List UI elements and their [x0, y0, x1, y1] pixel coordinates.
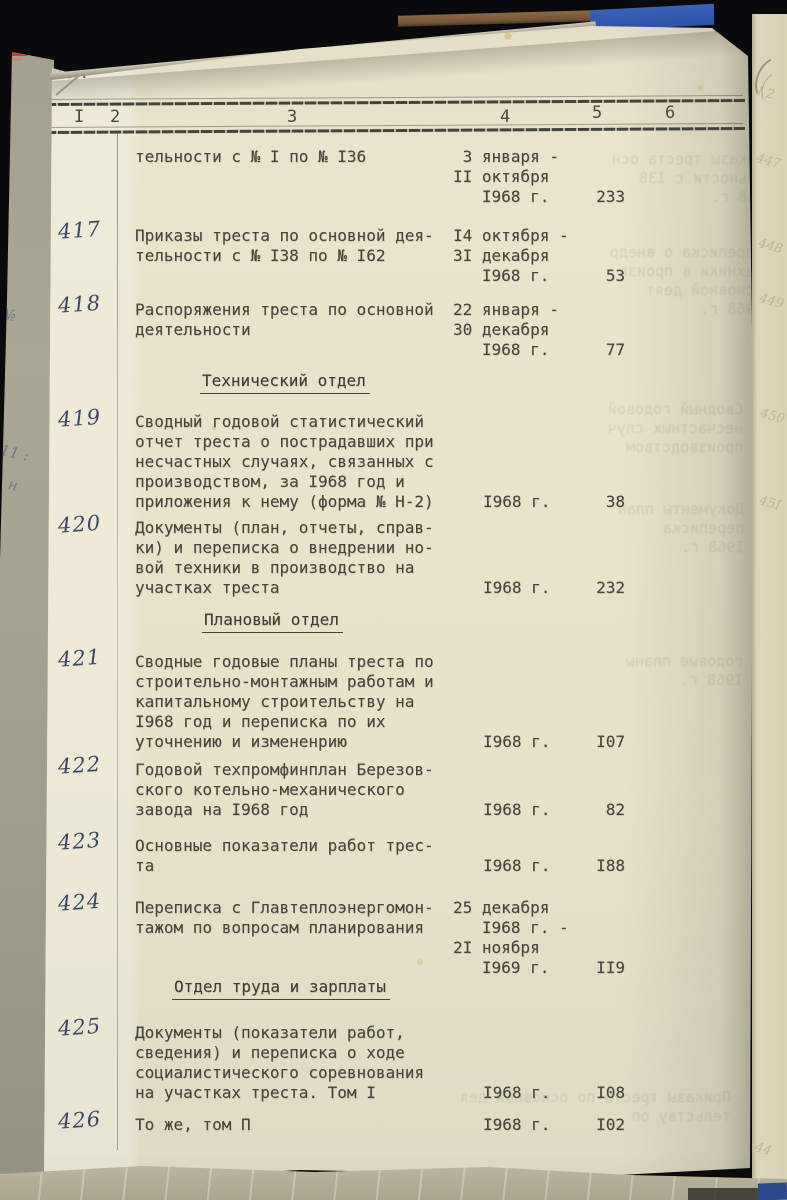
table-top-rule: [45, 99, 745, 106]
section-heading: Технический отдел: [200, 371, 370, 394]
entry-description-line: Распоряжения треста по основной: [135, 300, 434, 320]
entry-date-line: 3 января -: [453, 147, 559, 167]
table-bottom-rule: [45, 127, 745, 134]
entry-description-line: строительно-монтажным работам и: [135, 672, 434, 692]
column-header-3: 3: [287, 107, 297, 127]
entry-description: Годовой техпромфинплан Березов-ского кот…: [135, 760, 434, 820]
entry-description-line: деятельности: [135, 320, 434, 340]
entry-sheet-count: 38: [535, 492, 625, 512]
entry-description-line: Документы (план, отчеты, справ-: [135, 518, 434, 538]
entry-description-line: тажом по вопросам планирования: [135, 918, 434, 938]
column-header-6: 6: [665, 103, 675, 123]
ink-bleed-through: Приказы треста оснтельности с I38I968 г.: [612, 150, 775, 207]
ink-bleed-through: Документы планперепискаI968 г.: [618, 500, 744, 557]
section-heading: Плановый отдел: [202, 610, 343, 633]
ink-bleed-line: I968 г.: [610, 300, 764, 319]
ink-bleed-line: Сводный годовой: [608, 400, 743, 419]
next-page-faint-mark: 447: [754, 151, 782, 172]
ink-bleed-line: Приказы треста осн: [612, 150, 775, 169]
column-header-2: 2: [110, 107, 120, 127]
entry-date-line: I4 октября -: [453, 226, 569, 246]
ink-bleed-line: несчастных случ: [608, 419, 743, 438]
ink-bleed-through: Сводный годовойнесчастных случпроизводст…: [608, 400, 743, 457]
entry-description-line: Основные показатели работ трес-: [135, 836, 434, 856]
ink-bleed-line: основной деят: [610, 281, 764, 300]
next-page-faint-mark: 449: [757, 291, 785, 312]
entry-number: 418: [57, 290, 111, 318]
entry-number: 423: [57, 827, 111, 855]
entry-date-line: 30 декабря: [453, 320, 559, 340]
entry-description-line: сведения) и переписка о ходе: [135, 1043, 424, 1063]
red-edge-stripe-2: [0, 58, 21, 61]
next-page-faint-mark: 45I: [757, 493, 782, 513]
entry-description-line: ки) и переписка о внедрении но-: [135, 538, 434, 558]
entry-description: Документы (показатели работ,сведения) и …: [135, 1023, 424, 1103]
ink-bleed-line: Документы план: [618, 500, 744, 519]
entry-number: 425: [57, 1013, 111, 1041]
entry-description-line: ского котельно-механического: [135, 780, 434, 800]
red-edge-stripe: [0, 52, 27, 56]
ink-bleed-line: I968 г.: [612, 188, 775, 207]
entry-description-line: I968 год и переписка по их: [135, 712, 434, 732]
archival-scan: №11 :н I 244744844945045I44 34 I23456тел…: [0, 0, 787, 1200]
entry-date-line: I968 г. -: [453, 918, 569, 938]
cover-corner-blue: [758, 1182, 787, 1200]
ink-bleed-line: Приказы треста по основной дея: [460, 1088, 731, 1107]
entry-number: 417: [57, 216, 111, 244]
entry-description: Основные показатели работ трес-та: [135, 836, 434, 876]
document-page: 34 I23456тельности с № I по № I36 3 янва…: [0, 0, 787, 1200]
entry-description-line: несчастных случаях, связанных с: [135, 452, 434, 472]
next-page-faint-mark: 448: [756, 236, 784, 257]
ink-bleed-line: I968 г.: [618, 538, 744, 557]
ink-bleed-line: техники в произв: [610, 262, 764, 281]
entry-description-line: отчет треста о пострадавших при: [135, 432, 434, 452]
entry-description: Документы (план, отчеты, справ-ки) и пер…: [135, 518, 434, 598]
entry-date-line: 3I декабря: [453, 246, 569, 266]
entry-number: 426: [57, 1106, 111, 1134]
ink-bleed-line: производством: [608, 438, 743, 457]
entry-description-line: Сводный годовой статистический: [135, 412, 434, 432]
ink-bleed-through: Приказы треста по основной деятельству о…: [460, 1088, 731, 1126]
ink-bleed-line: тельности с I38: [612, 169, 775, 188]
entry-description-line: тельности с № I38 по № I62: [135, 246, 434, 266]
section-heading: Отдел труда и зарплаты: [172, 977, 390, 1000]
next-page-faint-mark: 44: [753, 1140, 773, 1159]
entry-number: 422: [57, 751, 111, 779]
entry-description-line: Сводные годовые планы треста по: [135, 652, 434, 672]
margin-handwritten-mark: №: [0, 305, 18, 326]
column-separator-line: [117, 132, 118, 1150]
entry-sheet-count: II9: [535, 958, 625, 978]
next-page-faint-mark: 450: [758, 406, 786, 427]
entry-sheet-count: I88: [535, 856, 625, 876]
entry-number: 421: [57, 644, 111, 672]
margin-handwritten-mark: 11 :: [0, 441, 30, 465]
entry-description: Приказы треста по основной дея-тельности…: [135, 226, 434, 266]
column-header-I: I: [74, 107, 84, 127]
entry-date-line: 25 декабря: [453, 898, 569, 918]
ink-bleed-line: переписка о внедр: [610, 243, 764, 262]
entry-sheet-count: I07: [535, 732, 625, 752]
entry-description: Переписка с Главтеплоэнергомон-тажом по …: [135, 898, 434, 938]
entry-description-line: Годовой техпромфинплан Березов-: [135, 760, 434, 780]
entry-description-line: та: [135, 856, 434, 876]
ink-bleed-line: переписка: [618, 519, 744, 538]
entry-description-line: участках треста: [135, 578, 434, 598]
entry-description: Сводный годовой статистическийотчет трес…: [135, 412, 434, 512]
entry-number: 419: [57, 404, 111, 432]
margin-handwritten-mark: н: [6, 475, 19, 495]
entry-description-line: уточнению и измененрию: [135, 732, 434, 752]
bottom-shadow-gap: [688, 1188, 762, 1200]
entry-description: То же, том П: [135, 1115, 251, 1135]
entry-date-line: 22 января -: [453, 300, 559, 320]
entry-description-line: производством, за I968 год и: [135, 472, 434, 492]
entry-sheet-count: 232: [535, 578, 625, 598]
entry-sheet-count: 77: [535, 340, 625, 360]
entry-description-line: Переписка с Главтеплоэнергомон-: [135, 898, 434, 918]
ink-bleed-through: годовые планыI968 г.: [626, 652, 743, 690]
column-header-5: 5: [592, 103, 602, 123]
entry-description-line: тельности с № I по № I36: [135, 147, 366, 167]
entry-description: тельности с № I по № I36: [135, 147, 366, 167]
column-header-4: 4: [500, 107, 510, 127]
ink-bleed-line: годовые планы: [626, 652, 743, 671]
entry-description: Распоряжения треста по основнойдеятельно…: [135, 300, 434, 340]
entry-date-line: 2I ноября: [453, 938, 569, 958]
entry-description-line: завода на I968 год: [135, 800, 434, 820]
entry-description-line: капитальному строительству на: [135, 692, 434, 712]
entry-description: Сводные годовые планы треста построитель…: [135, 652, 434, 752]
entry-number: 424: [57, 888, 111, 916]
entry-sheet-count: 82: [535, 800, 625, 820]
ink-bleed-through: переписка о внедртехники в произвосновно…: [610, 243, 764, 319]
ink-bleed-line: I968 г.: [626, 671, 743, 690]
entry-number: 420: [57, 510, 111, 538]
next-page-edge: I 244744844945045I44: [752, 14, 787, 1200]
ink-bleed-line: тельству оп: [460, 1107, 731, 1126]
entry-description-line: социалистического соревнования: [135, 1063, 424, 1083]
entry-description-line: То же, том П: [135, 1115, 251, 1135]
entry-description-line: на участках треста. Том I: [135, 1083, 424, 1103]
entry-description-line: вой техники в производство на: [135, 558, 434, 578]
entry-description-line: Приказы треста по основной дея-: [135, 226, 434, 246]
entry-description-line: приложения к нему (форма № Н-2): [135, 492, 434, 512]
entry-date-line: II октября: [453, 167, 559, 187]
entry-description-line: Документы (показатели работ,: [135, 1023, 424, 1043]
